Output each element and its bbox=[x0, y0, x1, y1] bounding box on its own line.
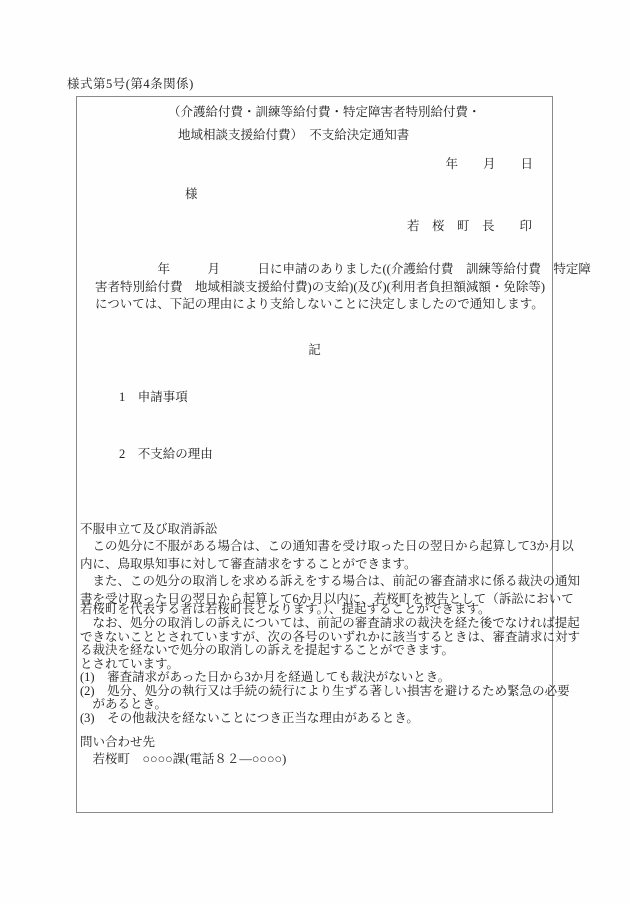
body-line: 害者特別給付費 地域相談支援給付費)の支給)(及び)(利用者負担額減額・免除等) bbox=[95, 279, 553, 297]
appeal-section-heading: 不服申立て及び取消訴訟 bbox=[80, 521, 552, 538]
record-marker: 記 bbox=[77, 340, 552, 358]
appeal-line: この処分に不服がある場合は、この通知書を受け取った日の翌日から起算して3か月以 bbox=[80, 538, 552, 555]
notice-body-paragraph: 年 月 日に申請のありました((介護給付費 訓練等給付費 特定障 害者特別給付費… bbox=[95, 261, 553, 314]
document-title-line-2: 地域相談支援給付費） 不支給決定通知書 bbox=[178, 128, 409, 143]
appeal-line: なお、処分の取消しの訴えについては、前記の審査請求の裁決を経た後でなければ提起 bbox=[80, 617, 552, 631]
appeal-list-item-continuation: があるとき。 bbox=[80, 698, 552, 711]
appeal-section-conditions-list: とされています。 (1) 審査請求があった日から3か月を経過しても裁決がないとき… bbox=[80, 658, 552, 725]
appeal-list-item: (2) 処分、処分の執行又は手続の続行により生ずる著しい損害を避けるため緊急の必… bbox=[80, 685, 552, 698]
appeal-section-paragraph-2: 若桜町を代表する者は若桜町長となります。）、提起することができます。 なお、処分… bbox=[80, 603, 552, 658]
appeal-line: 若桜町を代表する者は若桜町長となります。）、提起することができます。 bbox=[80, 603, 552, 617]
appeal-list-item: (3) その他裁決を経ないことにつき正当な理由があるとき。 bbox=[80, 712, 552, 725]
body-line: については、下記の理由により支給しないことに決定しましたので通知します。 bbox=[95, 296, 553, 314]
section-item-nonpayment-reason: 2 不支給の理由 bbox=[119, 447, 213, 462]
body-line: 年 月 日に申請のありました((介護給付費 訓練等給付費 特定障 bbox=[95, 261, 553, 279]
appeal-list-item: (1) 審査請求があった日から3か月を経過しても裁決がないとき。 bbox=[80, 671, 552, 684]
appeal-line: 内に、鳥取県知事に対して審査請求をすることができます。 bbox=[80, 556, 552, 573]
issuer-mayor-seal-line: 若 桜 町 長 印 bbox=[407, 219, 532, 234]
form-number-label: 様式第5号(第4条関係) bbox=[67, 74, 194, 92]
appeal-line: また、この処分の取消しを求める訴えをする場合は、前記の審査請求に係る裁決の通知 bbox=[80, 573, 552, 590]
issue-date-blank: 年 月 日 bbox=[445, 157, 533, 172]
section-item-application-details: 1 申請事項 bbox=[119, 390, 188, 405]
notice-border-box: （介護給付費・訓練等給付費・特定障害者特別給付費・ 地域相談支援給付費） 不支給… bbox=[76, 96, 553, 813]
appeal-section-paragraph-1: 不服申立て及び取消訴訟 この処分に不服がある場合は、この通知書を受け取った日の翌… bbox=[80, 521, 552, 608]
addressee-honorific: 様 bbox=[185, 187, 198, 202]
document-title-line-1: （介護給付費・訓練等給付費・特定障害者特別給付費・ bbox=[168, 105, 481, 120]
inquiry-heading: 問い合わせ先 bbox=[80, 735, 155, 750]
inquiry-contact-line: 若桜町 ○○○○課(電話８２―○○○○) bbox=[80, 752, 286, 767]
document-page: 様式第5号(第4条関係) （介護給付費・訓練等給付費・特定障害者特別給付費・ 地… bbox=[0, 0, 630, 903]
